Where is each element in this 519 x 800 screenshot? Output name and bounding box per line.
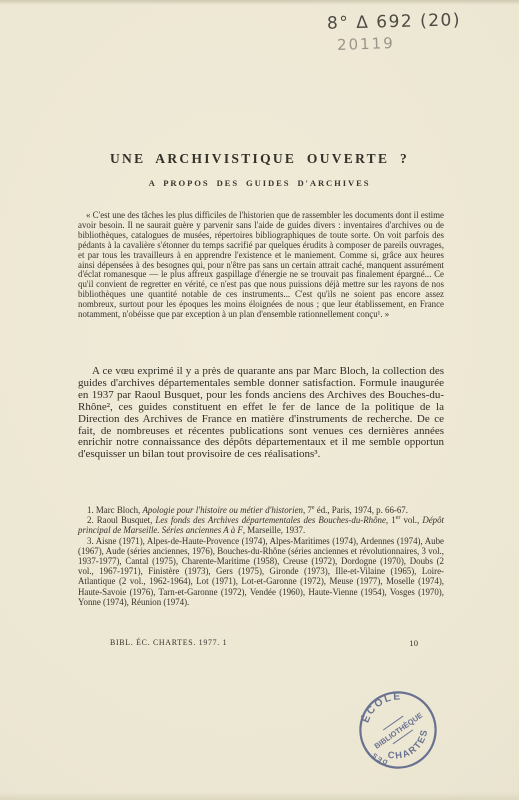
stamp-text-ecole: ÉCOLE <box>355 684 407 728</box>
footnote-title-italic: Les fonds des Archives départementales d… <box>155 515 385 525</box>
article-title: UNE ARCHIVISTIQUE OUVERTE ? <box>0 151 519 167</box>
footnote-2: 2. Raoul Busquet, Les fonds des Archives… <box>78 515 444 535</box>
handwritten-shelfmark: 8° Δ 692 (20) <box>327 10 461 34</box>
handwritten-accession-number: 20119 <box>337 34 395 54</box>
scanned-journal-page: 8° Δ 692 (20) 20119 UNE ARCHIVISTIQUE OU… <box>0 0 519 800</box>
page-footer: BIBL. ÉC. CHARTES. 1977. 1 10 <box>78 638 444 648</box>
footnote-text: , 1 <box>386 515 396 525</box>
footnote-text: , Marseille, 1937. <box>243 525 305 535</box>
footnote-text: vol., <box>400 515 422 525</box>
page-number: 10 <box>409 638 444 648</box>
footnote-title-italic: Apologie pour l'histoire ou métier d'his… <box>142 505 303 515</box>
footnote-1: 1. Marc Bloch, Apologie pour l'histoire … <box>78 505 444 515</box>
library-stamp: ÉCOLE DES CHARTES BIBLIOTHÈQUE <box>333 665 464 796</box>
article-subtitle: A PROPOS DES GUIDES D'ARCHIVES <box>0 178 519 188</box>
journal-signature-line: BIBL. ÉC. CHARTES. 1977. 1 <box>78 638 227 648</box>
block-quote: « C'est une des tâches les plus difficil… <box>78 211 444 320</box>
footnote-text: 3. Aisne (1971), Alpes-de-Haute-Provence… <box>78 536 444 607</box>
footnote-text: 2. Raoul Busquet, <box>87 515 155 525</box>
footnote-3: 3. Aisne (1971), Alpes-de-Haute-Provence… <box>78 536 444 607</box>
footnote-text: , 7 <box>303 505 312 515</box>
svg-text:ÉCOLE: ÉCOLE <box>355 684 407 728</box>
footnote-text: éd., Paris, 1974, p. 66-67. <box>315 505 408 515</box>
body-paragraph: A ce vœu exprimé il y a près de quarante… <box>78 366 444 461</box>
footnote-text: 1. Marc Bloch, <box>87 505 142 515</box>
footnotes-section: 1. Marc Bloch, Apologie pour l'histoire … <box>78 505 444 607</box>
